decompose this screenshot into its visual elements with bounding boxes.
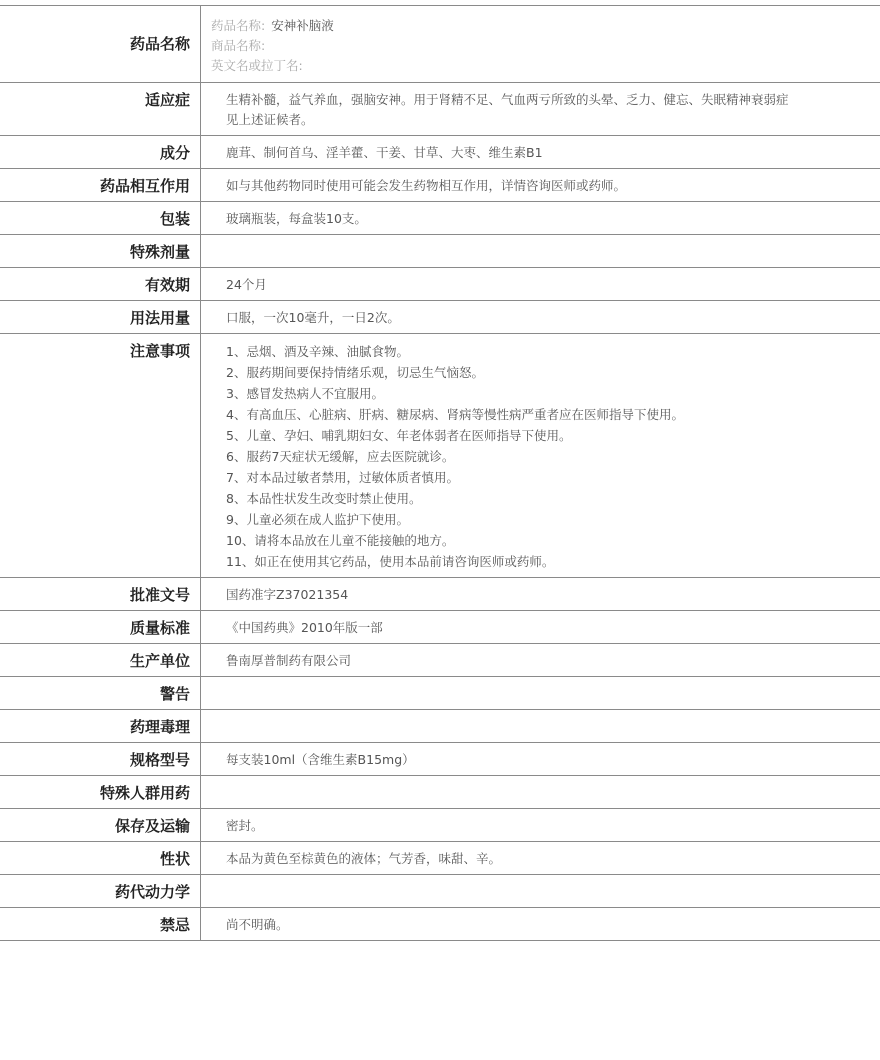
spec-value: 如与其他药物同时使用可能会发生药物相互作用，详情咨询医师或药师。 <box>201 169 880 202</box>
spec-value <box>201 677 880 710</box>
generic-name-label: 药品名称: <box>211 18 265 33</box>
spec-value: 鲁南厚普制药有限公司 <box>201 644 880 677</box>
spec-row-contraindications: 禁忌 尚不明确。 <box>0 908 880 941</box>
spec-label: 成分 <box>0 136 201 169</box>
precaution-item: 3、感冒发热病人不宜服用。 <box>226 383 870 404</box>
spec-label: 包装 <box>0 202 201 235</box>
spec-value-names: 药品名称:安神补脑液 商品名称: 英文名或拉丁名: <box>201 6 880 83</box>
spec-row-special-dosage: 特殊剂量 <box>0 235 880 268</box>
spec-row-interactions: 药品相互作用 如与其他药物同时使用可能会发生药物相互作用，详情咨询医师或药师。 <box>0 169 880 202</box>
spec-value: 密封。 <box>201 809 880 842</box>
spec-value: 《中国药典》2010年版一部 <box>201 611 880 644</box>
spec-label: 适应症 <box>0 83 201 136</box>
spec-value: 口服，一次10毫升，一日2次。 <box>201 301 880 334</box>
drug-spec-table: 药品名称 药品名称:安神补脑液 商品名称: 英文名或拉丁名: 适应症 生精补髓，… <box>0 5 880 941</box>
spec-row-precautions: 注意事项 1、忌烟、酒及辛辣、油腻食物。 2、服药期间要保持情绪乐观，切忌生气恼… <box>0 334 880 578</box>
spec-value: 生精补髓，益气养血，强脑安神。用于肾精不足、气血两亏所致的头晕、乏力、健忘、失眠… <box>201 83 880 136</box>
spec-label: 注意事项 <box>0 334 201 578</box>
spec-row-approval-number: 批准文号 国药准字Z37021354 <box>0 578 880 611</box>
spec-label: 质量标准 <box>0 611 201 644</box>
spec-row-special-populations: 特殊人群用药 <box>0 776 880 809</box>
spec-value: 玻璃瓶装，每盒装10支。 <box>201 202 880 235</box>
precaution-item: 2、服药期间要保持情绪乐观，切忌生气恼怒。 <box>226 362 870 383</box>
spec-value <box>201 875 880 908</box>
english-name-label: 英文名或拉丁名: <box>211 58 303 73</box>
spec-row-manufacturer: 生产单位 鲁南厚普制药有限公司 <box>0 644 880 677</box>
generic-name-line: 药品名称:安神补脑液 <box>211 16 870 36</box>
spec-value: 鹿茸、制何首乌、淫羊藿、干姜、甘草、大枣、维生素B1 <box>201 136 880 169</box>
spec-value <box>201 710 880 743</box>
trade-name-label: 商品名称: <box>211 38 265 53</box>
trade-name-line: 商品名称: <box>211 36 870 56</box>
spec-label: 特殊剂量 <box>0 235 201 268</box>
precaution-item: 10、请将本品放在儿童不能接触的地方。 <box>226 530 870 551</box>
spec-value: 国药准字Z37021354 <box>201 578 880 611</box>
spec-value: 每支装10ml（含维生素B15mg） <box>201 743 880 776</box>
spec-row-warning: 警告 <box>0 677 880 710</box>
spec-row-dosage: 用法用量 口服，一次10毫升，一日2次。 <box>0 301 880 334</box>
spec-row-quality-standard: 质量标准 《中国药典》2010年版一部 <box>0 611 880 644</box>
generic-name-value: 安神补脑液 <box>271 18 334 33</box>
spec-label: 用法用量 <box>0 301 201 334</box>
spec-label: 药理毒理 <box>0 710 201 743</box>
precaution-item: 7、对本品过敏者禁用，过敏体质者慎用。 <box>226 467 870 488</box>
spec-row-indications: 适应症 生精补髓，益气养血，强脑安神。用于肾精不足、气血两亏所致的头晕、乏力、健… <box>0 83 880 136</box>
spec-row-pharmacokinetics: 药代动力学 <box>0 875 880 908</box>
spec-label: 性状 <box>0 842 201 875</box>
spec-value-precautions: 1、忌烟、酒及辛辣、油腻食物。 2、服药期间要保持情绪乐观，切忌生气恼怒。 3、… <box>201 334 880 578</box>
spec-row-packaging: 包装 玻璃瓶装，每盒装10支。 <box>0 202 880 235</box>
spec-row-shelf-life: 有效期 24个月 <box>0 268 880 301</box>
spec-row-specification: 规格型号 每支装10ml（含维生素B15mg） <box>0 743 880 776</box>
spec-row-pharmacology: 药理毒理 <box>0 710 880 743</box>
spec-label: 禁忌 <box>0 908 201 941</box>
spec-label: 有效期 <box>0 268 201 301</box>
spec-label: 特殊人群用药 <box>0 776 201 809</box>
precaution-item: 5、儿童、孕妇、哺乳期妇女、年老体弱者在医师指导下使用。 <box>226 425 870 446</box>
spec-row-appearance: 性状 本品为黄色至棕黄色的液体；气芳香，味甜、辛。 <box>0 842 880 875</box>
spec-value <box>201 235 880 268</box>
precaution-item: 1、忌烟、酒及辛辣、油腻食物。 <box>226 341 870 362</box>
spec-label: 生产单位 <box>0 644 201 677</box>
indications-text: 生精补髓，益气养血，强脑安神。用于肾精不足、气血两亏所致的头晕、乏力、健忘、失眠… <box>226 90 796 130</box>
spec-value: 24个月 <box>201 268 880 301</box>
english-name-line: 英文名或拉丁名: <box>211 56 870 76</box>
spec-label: 药品名称 <box>0 6 201 83</box>
precaution-item: 6、服药7天症状无缓解，应去医院就诊。 <box>226 446 870 467</box>
spec-row-drug-name: 药品名称 药品名称:安神补脑液 商品名称: 英文名或拉丁名: <box>0 6 880 83</box>
spec-row-storage: 保存及运输 密封。 <box>0 809 880 842</box>
spec-value: 本品为黄色至棕黄色的液体；气芳香，味甜、辛。 <box>201 842 880 875</box>
spec-label: 批准文号 <box>0 578 201 611</box>
spec-label: 药代动力学 <box>0 875 201 908</box>
precaution-item: 11、如正在使用其它药品，使用本品前请咨询医师或药师。 <box>226 551 870 572</box>
precaution-item: 8、本品性状发生改变时禁止使用。 <box>226 488 870 509</box>
spec-label: 保存及运输 <box>0 809 201 842</box>
spec-value: 尚不明确。 <box>201 908 880 941</box>
spec-label: 规格型号 <box>0 743 201 776</box>
spec-label: 警告 <box>0 677 201 710</box>
spec-value <box>201 776 880 809</box>
precaution-item: 9、儿童必须在成人监护下使用。 <box>226 509 870 530</box>
spec-label: 药品相互作用 <box>0 169 201 202</box>
spec-row-ingredients: 成分 鹿茸、制何首乌、淫羊藿、干姜、甘草、大枣、维生素B1 <box>0 136 880 169</box>
precaution-item: 4、有高血压、心脏病、肝病、糖尿病、肾病等慢性病严重者应在医师指导下使用。 <box>226 404 870 425</box>
